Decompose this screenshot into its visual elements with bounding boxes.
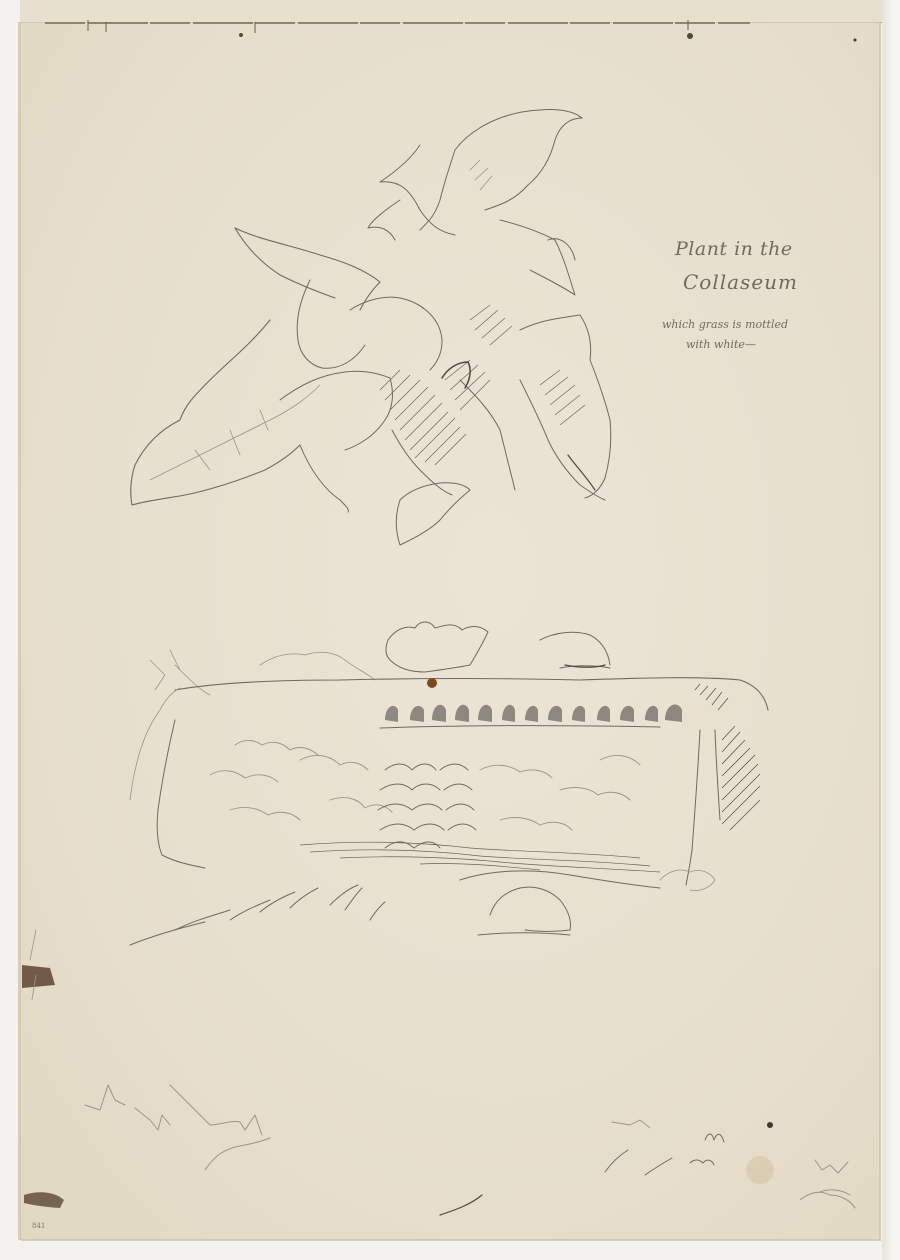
plant-study [131, 109, 611, 545]
handwritten-note-line-2: Collaseum [683, 270, 798, 294]
binding-perforation [45, 20, 857, 42]
colosseum-ruin-study [130, 622, 768, 945]
handwritten-note-line-3: which grass is mottled [662, 318, 788, 331]
handwritten-note-line-4: with white— [686, 338, 756, 351]
arcade-arches [385, 705, 682, 722]
pencil-drawings [0, 0, 900, 1260]
handwritten-note-line-1: Plant in the [675, 238, 793, 260]
bottom-scribbles [30, 930, 855, 1215]
corner-mark: 841 [32, 1222, 45, 1230]
